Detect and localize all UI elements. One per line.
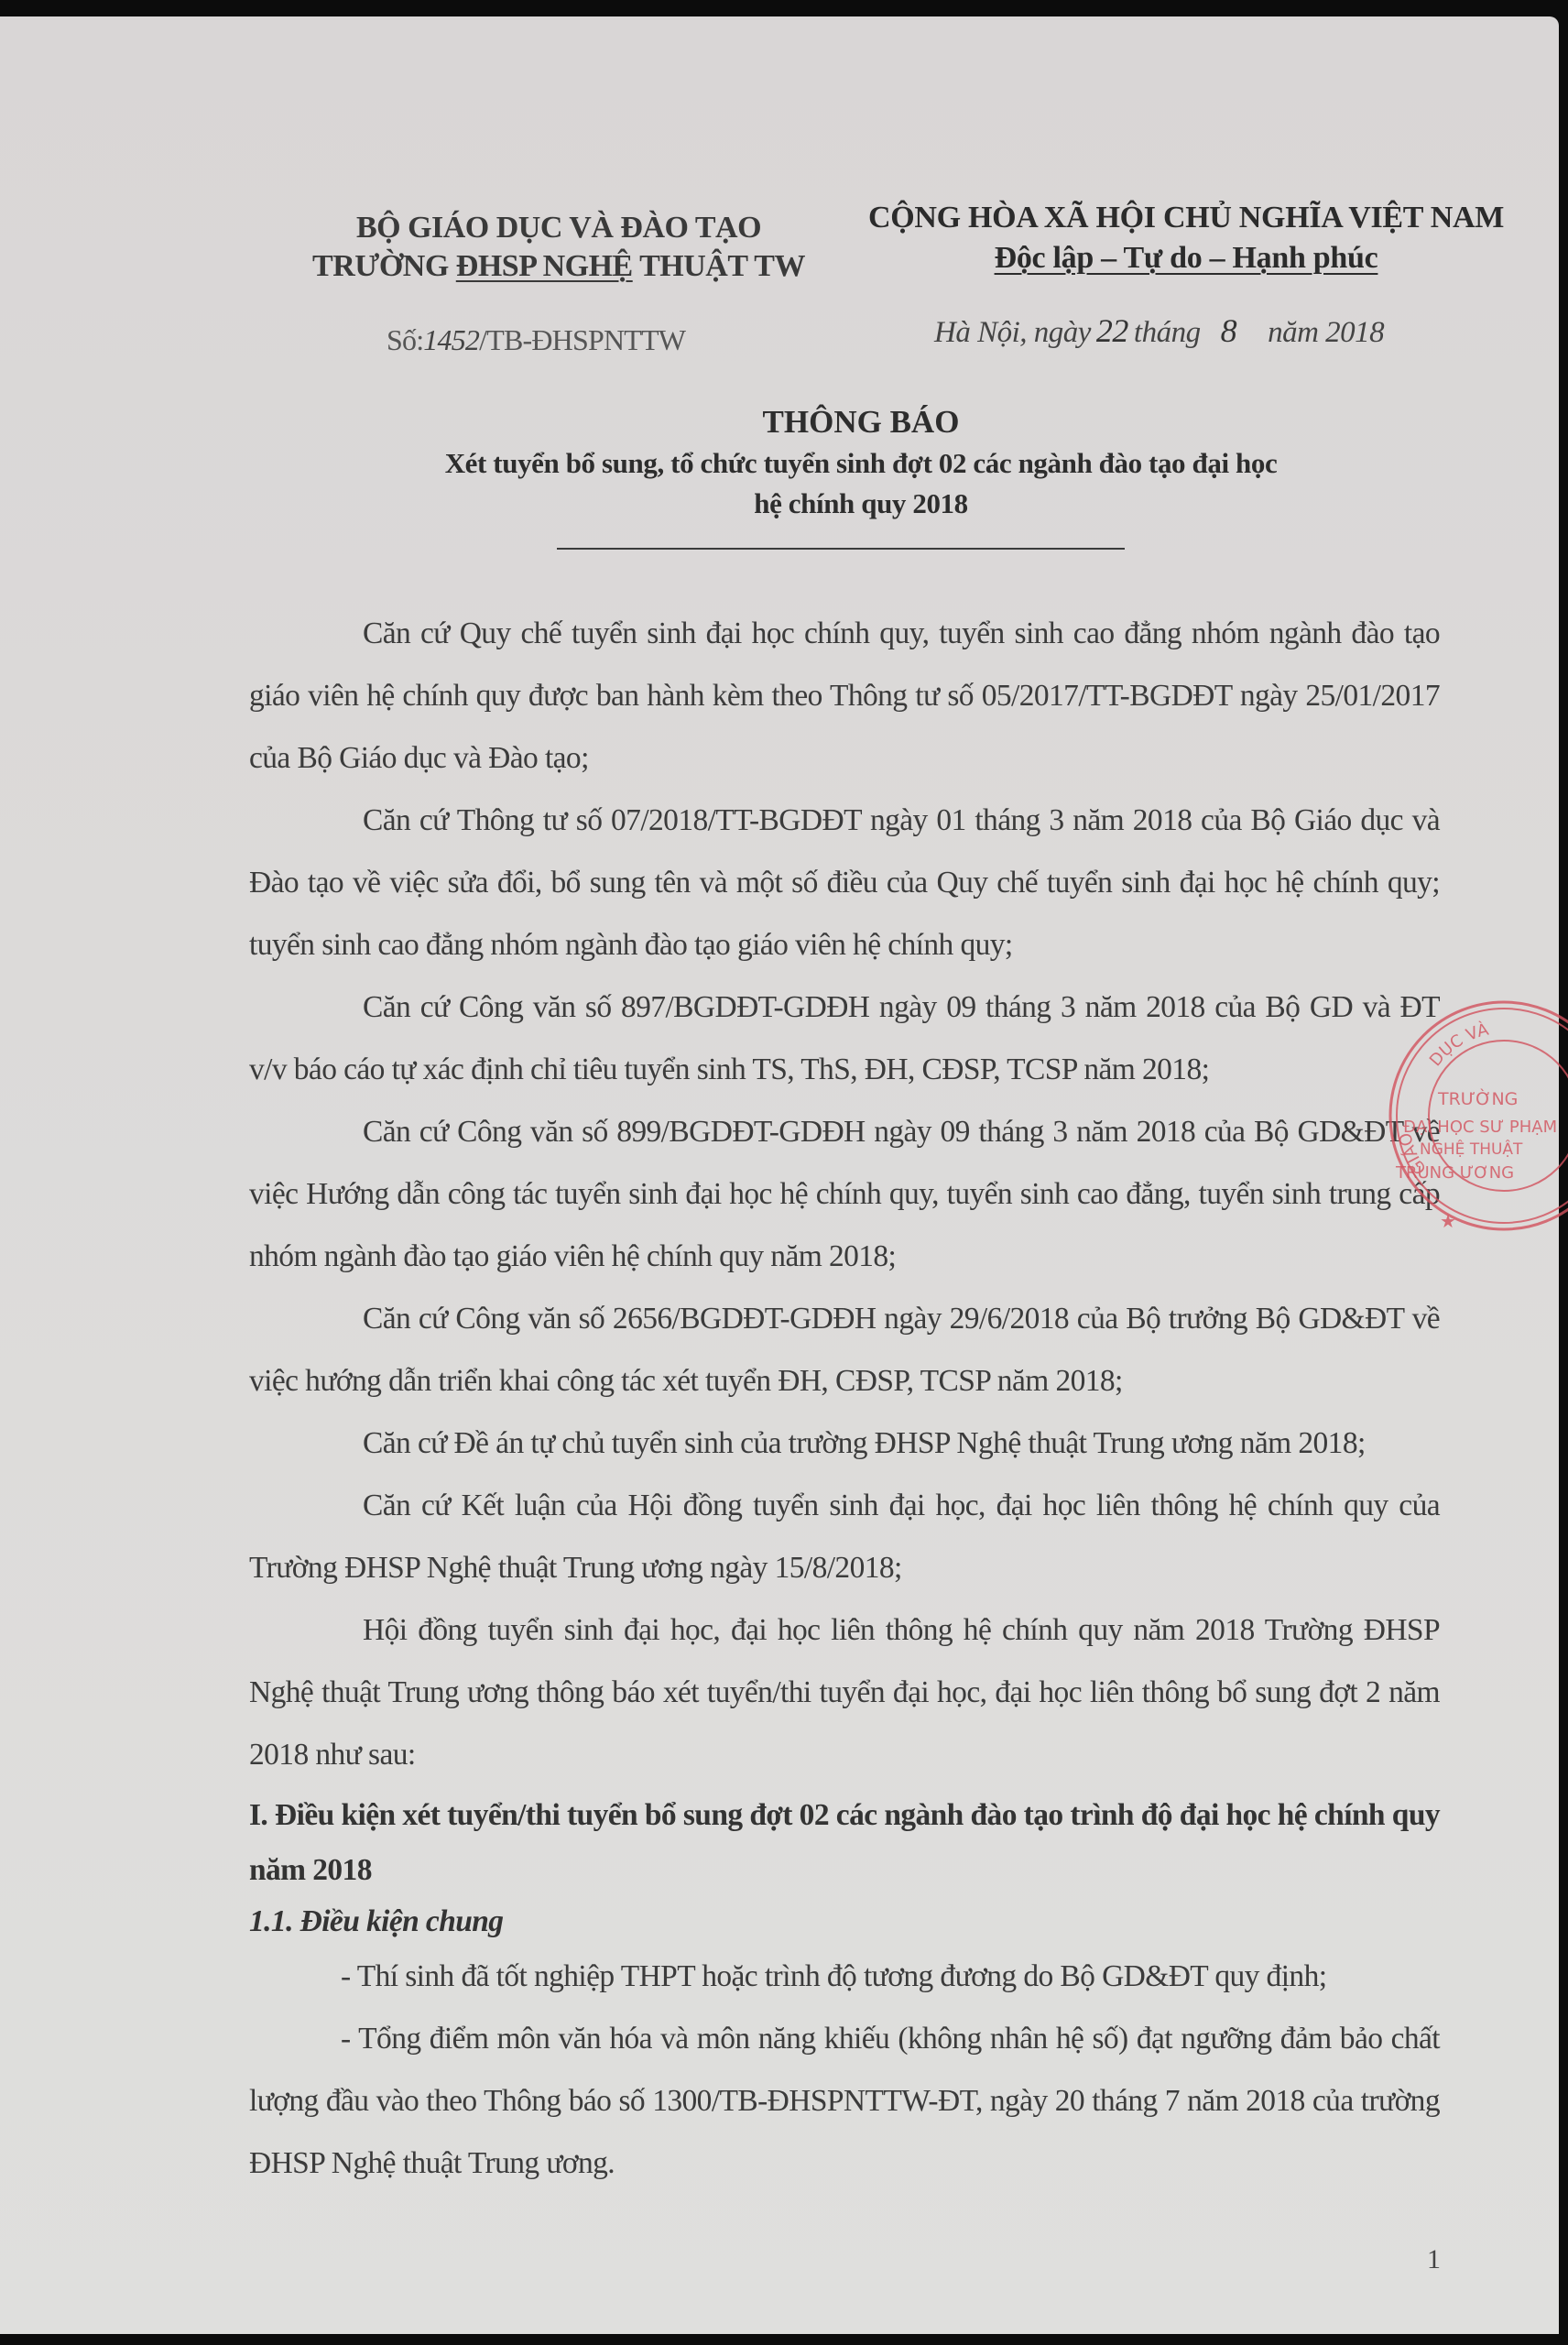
- paragraph-basis-3: Căn cứ Công văn số 897/BGDĐT-GDĐH ngày 0…: [249, 976, 1440, 1101]
- section-heading-1: I. Điều kiện xét tuyển/thi tuyển bổ sung…: [249, 1788, 1440, 1898]
- national-motto: Độc lập – Tự do – Hạnh phúc: [995, 241, 1378, 275]
- svg-text:TRƯỜNG: TRƯỜNG: [1437, 1087, 1518, 1109]
- svg-text:★: ★: [1440, 1210, 1456, 1232]
- paragraph-basis-5: Căn cứ Công văn số 2656/BGDĐT-GDĐH ngày …: [249, 1288, 1440, 1412]
- paragraph-basis-4: Căn cứ Công văn số 899/BGDĐT-GDĐH ngày 0…: [249, 1101, 1440, 1288]
- paragraph-basis-2: Căn cứ Thông tư số 07/2018/TT-BGDĐT ngày…: [249, 790, 1440, 976]
- page-number: 1: [1427, 2244, 1441, 2275]
- section-heading-1-1: 1.1. Điều kiện chung: [249, 1898, 1440, 1946]
- issue-date: Hà Nội, ngày22tháng8năm 2018: [934, 311, 1384, 350]
- document-body: Căn cứ Quy chế tuyển sinh đại học chính …: [249, 603, 1440, 2195]
- document-title: THÔNG BÁO Xét tuyển bổ sung, tổ chức tuy…: [330, 401, 1392, 524]
- paragraph-basis-6: Căn cứ Đề án tự chủ tuyển sinh của trườn…: [249, 1412, 1440, 1475]
- title-subtitle-line2: hệ chính quy 2018: [330, 484, 1392, 524]
- bullet-item: - Thí sinh đã tốt nghiệp THPT hoặc trình…: [249, 1946, 1440, 2008]
- paragraph-basis-7: Căn cứ Kết luận của Hội đồng tuyển sinh …: [249, 1475, 1440, 1599]
- title-main: THÔNG BÁO: [330, 401, 1392, 443]
- paragraph-basis-1: Căn cứ Quy chế tuyển sinh đại học chính …: [249, 603, 1440, 790]
- document-page: BỘ GIÁO DỤC VÀ ĐÀO TẠO TRƯỜNG ĐHSP NGHỆ …: [0, 16, 1559, 2334]
- title-subtitle-line1: Xét tuyển bổ sung, tổ chức tuyển sinh đợ…: [330, 443, 1392, 484]
- issuing-authority: BỘ GIÁO DỤC VÀ ĐÀO TẠO TRƯỜNG ĐHSP NGHỆ …: [302, 209, 815, 286]
- school-name: TRƯỜNG ĐHSP NGHỆ THUẬT TW: [302, 247, 815, 286]
- document-number: Số:1452/TB-ĐHSPNTTW: [387, 323, 685, 357]
- handwritten-day: 22: [1091, 312, 1134, 349]
- handwritten-number: 1452: [423, 323, 479, 356]
- handwritten-month: 8: [1201, 312, 1269, 349]
- bullet-item: - Tổng điểm môn văn hóa và môn năng khiế…: [249, 2008, 1440, 2195]
- national-header: CỘNG HÒA XÃ HỘI CHỦ NGHĨA VIỆT NAM Độc l…: [829, 198, 1543, 278]
- title-divider: [557, 548, 1125, 550]
- ministry-name: BỘ GIÁO DỤC VÀ ĐÀO TẠO: [302, 209, 815, 247]
- country-name: CỘNG HÒA XÃ HỘI CHỦ NGHĨA VIỆT NAM: [829, 198, 1543, 238]
- paragraph-announcement: Hội đồng tuyển sinh đại học, đại học liê…: [249, 1599, 1440, 1786]
